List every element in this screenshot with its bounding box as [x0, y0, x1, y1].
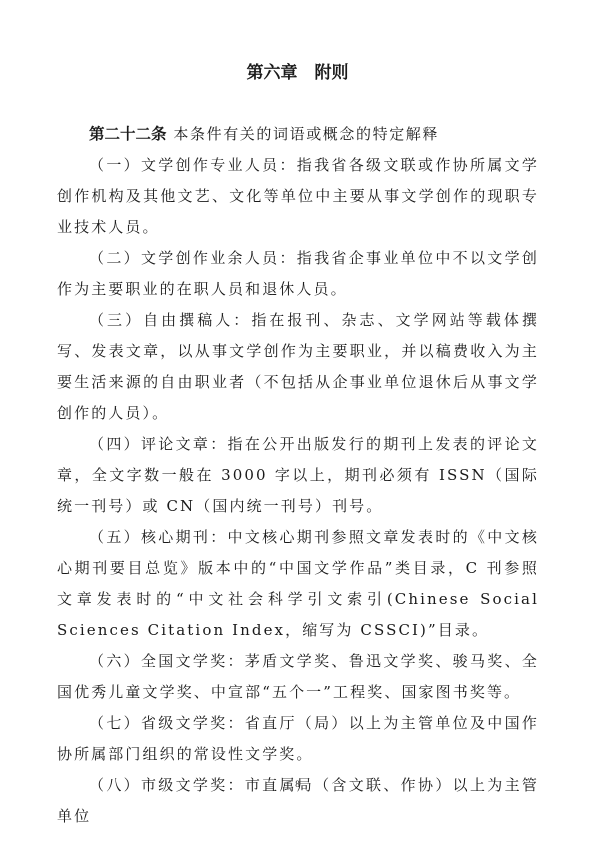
article-description: 本条件有关的词语或概念的特定解释	[173, 125, 439, 143]
definition-paragraph-2: （二）文学创作业余人员：指我省企事业单位中不以文学创作为主要职业的在职人员和退休…	[57, 243, 539, 305]
definition-paragraph-7: （七）省级文学奖：省直厅（局）以上为主管单位及中国作协所属部门组织的常设性文学奖…	[57, 708, 539, 770]
chapter-title: 第六章 附则	[0, 58, 595, 83]
article-number: 第二十二条	[89, 125, 167, 143]
definition-paragraph-6: （六）全国文学奖：茅盾文学奖、鲁迅文学奖、骏马奖、全国优秀儿童文学奖、中宣部“五…	[57, 646, 539, 708]
document-body: 第二十二条 本条件有关的词语或概念的特定解释 （一）文学创作专业人员：指我省各级…	[57, 119, 539, 832]
definition-paragraph-3: （三）自由撰稿人：指在报刊、杂志、文学网站等载体撰写、发表文章，以从事文学创作为…	[57, 305, 539, 429]
definition-paragraph-1: （一）文学创作专业人员：指我省各级文联或作协所属文学创作机构及其他文艺、文化等单…	[57, 150, 539, 243]
page-number: 8	[0, 779, 595, 789]
article-heading: 第二十二条 本条件有关的词语或概念的特定解释	[57, 119, 539, 150]
definition-paragraph-5: （五）核心期刊：中文核心期刊参照文章发表时的《中文核心期刊要目总览》版本中的“中…	[57, 522, 539, 646]
document-page: 第六章 附则 第二十二条 本条件有关的词语或概念的特定解释 （一）文学创作专业人…	[0, 0, 595, 842]
definition-paragraph-4: （四）评论文章：指在公开出版发行的期刊上发表的评论文章，全文字数一般在 3000…	[57, 429, 539, 522]
